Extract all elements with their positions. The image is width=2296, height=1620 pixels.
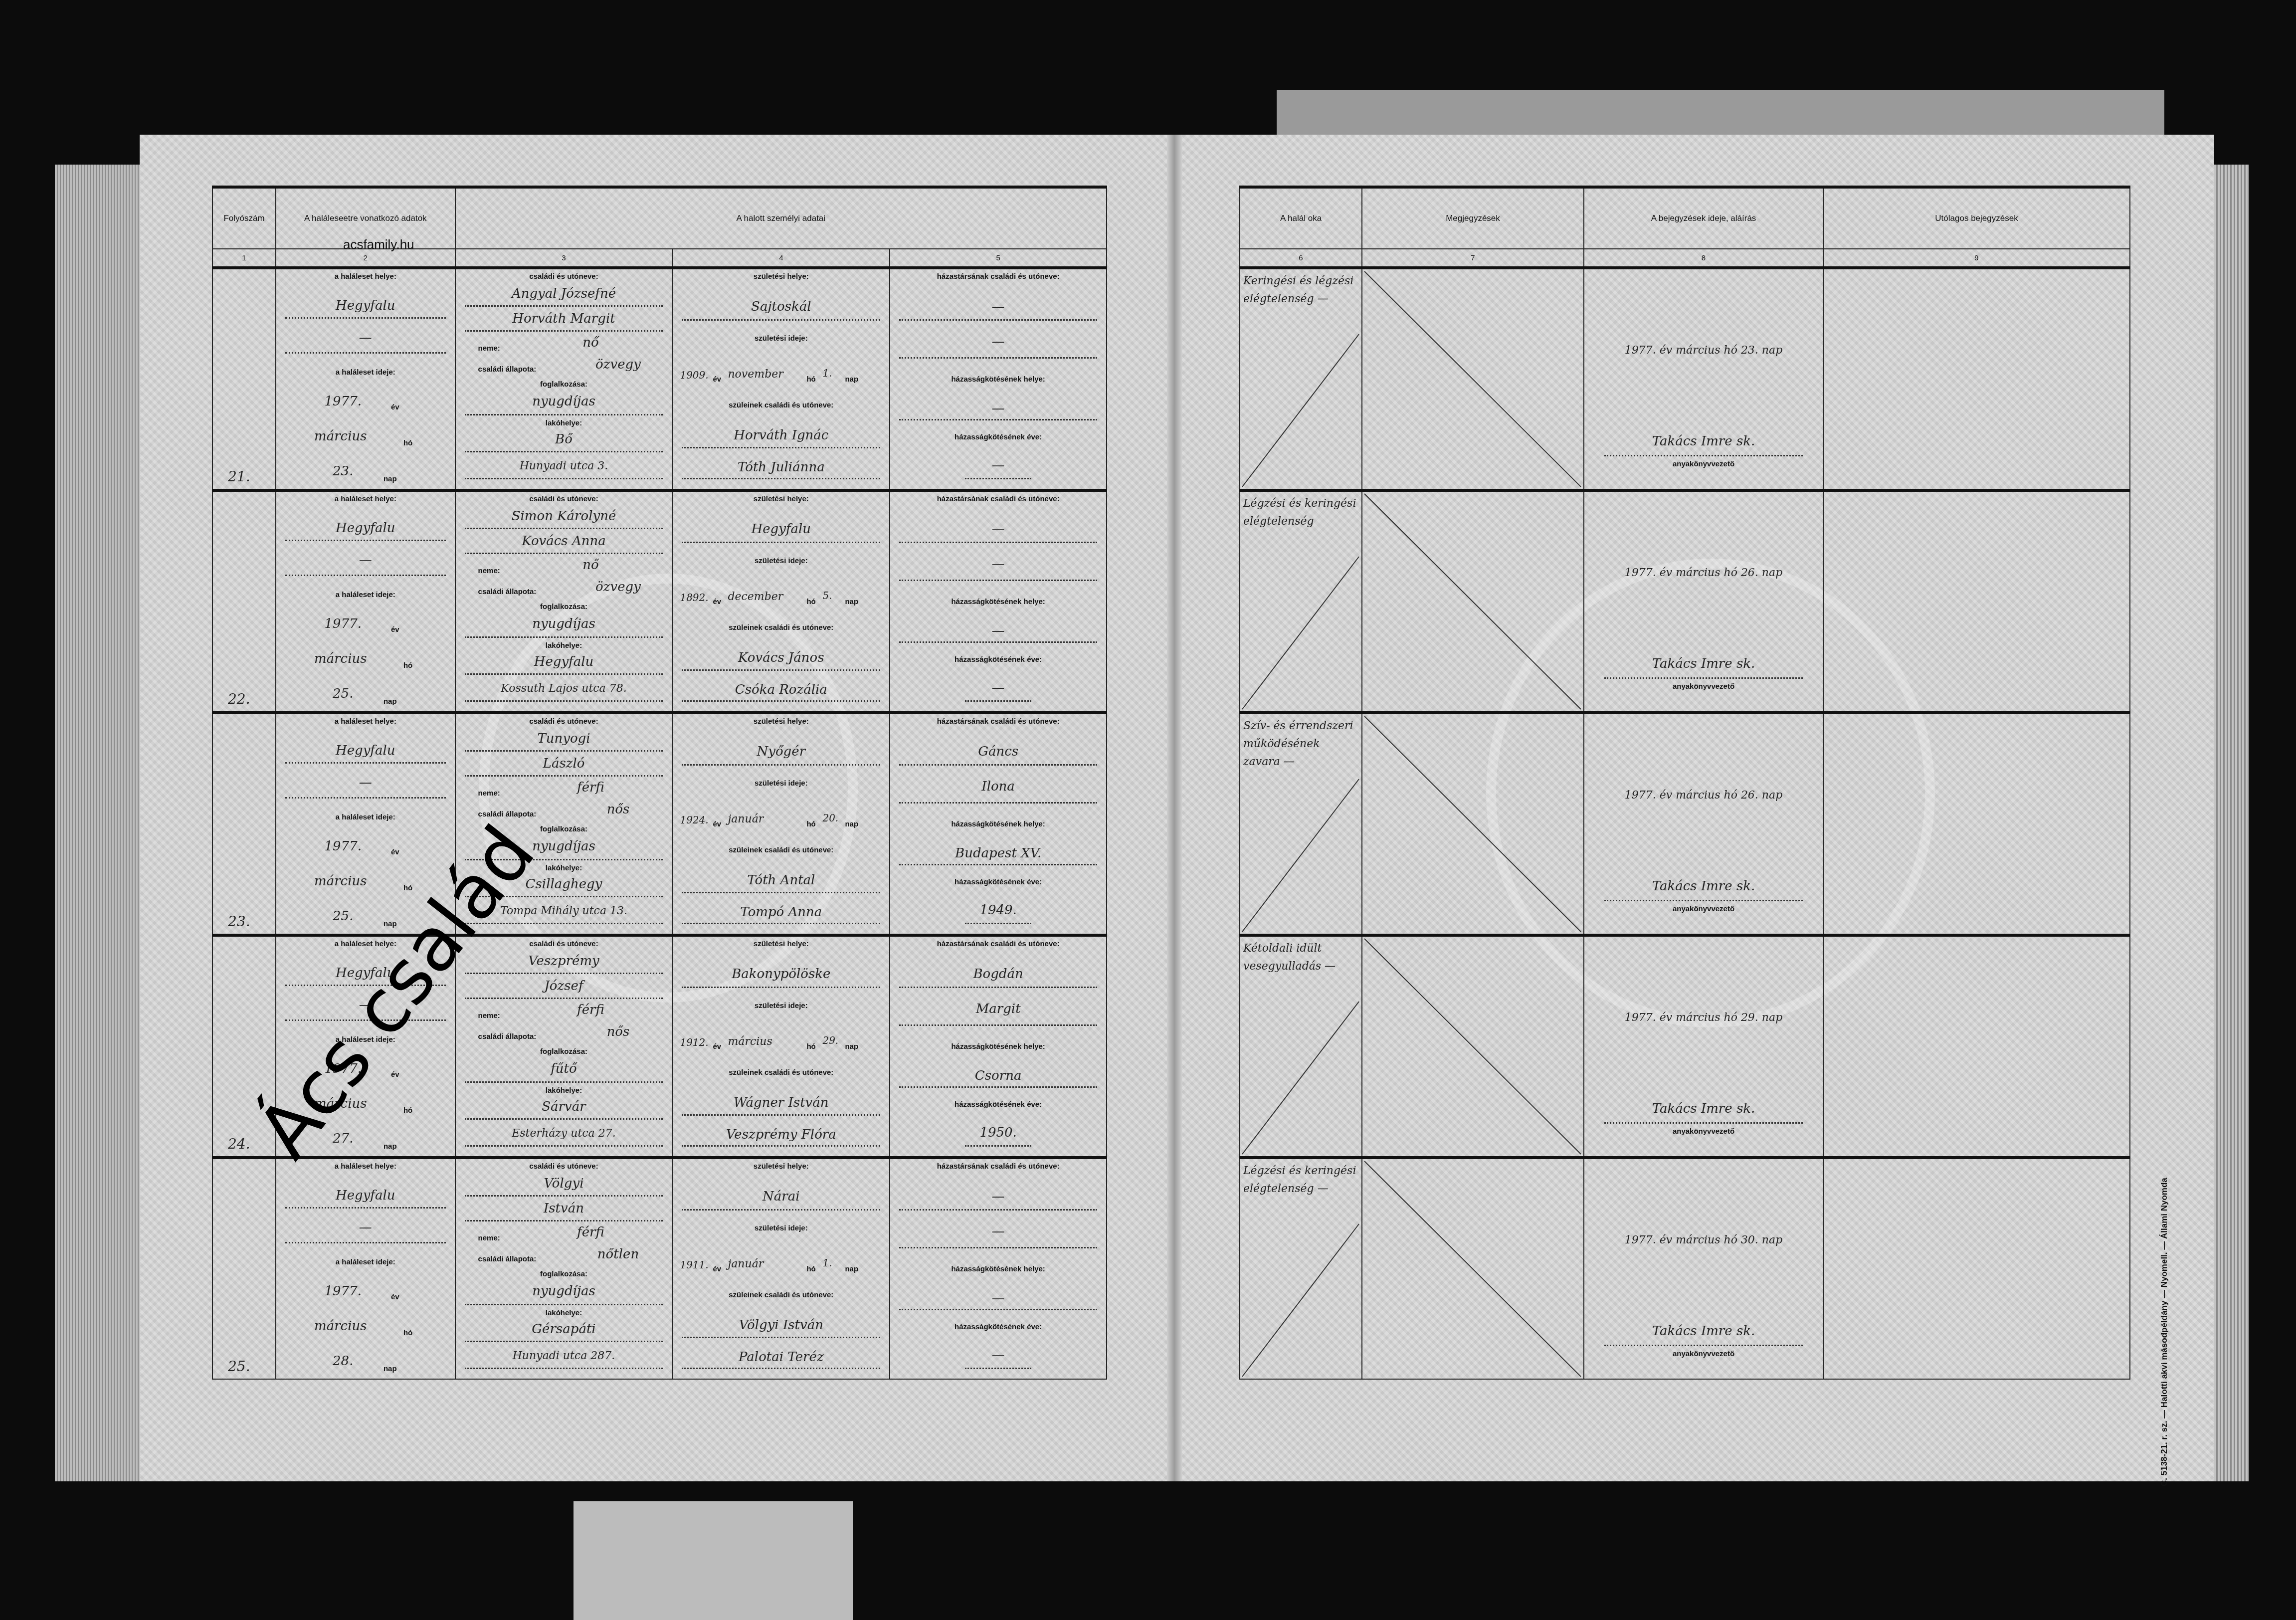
site-watermark: acsfamily.hu [343,237,414,252]
entry-date: 1977. év március hó 23. nap [1599,344,1808,357]
label-marital: családi állapota: [478,1032,537,1041]
cause-of-death: Keringési és légzési elégtelenség — [1243,272,1358,308]
label-nap: nap [383,475,397,483]
marriage-year: — [896,1348,1100,1363]
colnum-4: 4 [672,249,890,268]
label-marriage-place: házasságkötésének helye: [890,375,1106,384]
entry-number: 21. [228,468,250,485]
register-entry-row: 23. a haláleset helye: Hegyfalu — a halá… [212,713,1107,935]
colnum-7: 7 [1362,249,1584,268]
register-entry-row: 21. a haláleset helye: Hegyfalu — a halá… [212,268,1107,490]
header-bejegyzesek-ideje: A bejegyzések ideje, aláírás [1584,187,1823,249]
death-year: 1977. [306,394,380,409]
registrar-signature: Takács Imre sk. [1599,1324,1808,1339]
label-ho: hó [403,884,412,892]
colnum-6: 6 [1240,249,1362,268]
birth-place: Nyőgér [679,744,883,759]
deceased-residence: Bő [462,432,666,447]
label-marriage-place: házasságkötésének helye: [890,598,1106,606]
deceased-occupation: nyugdíjas [462,394,666,409]
mother-name: Csóka Rozália [679,682,883,697]
registrar-signature: Takács Imre sk. [1599,434,1808,449]
label-occupation: foglalkozása: [456,380,672,389]
deceased-marital-status: özvegy [571,580,666,595]
marriage-place: — [896,401,1100,416]
label-time-of-death: a haláleset ideje: [276,591,455,599]
label-ev: év [391,625,399,634]
entry-date: 1977. év március hó 30. nap [1599,1234,1808,1246]
birth-year: 1924. [680,814,708,826]
label-marital: családi állapota: [478,1255,537,1263]
later-entries-empty [1824,937,2129,1156]
label-occupation: foglalkozása: [456,1047,672,1056]
label-marriage-year: házasságkötésének éve: [890,1100,1106,1109]
death-day: 25. [306,686,380,701]
register-entry-row-right: Keringési és légzési elégtelenség — 1977… [1240,268,2130,490]
deceased-marital-status: nőtlen [571,1247,666,1262]
label-birth-date: születési ideje: [673,1224,889,1232]
deceased-occupation: nyugdíjas [462,1284,666,1299]
label-birth-place: születési helye: [673,1162,889,1171]
label-birth-date: születési ideje: [673,1002,889,1010]
birth-day: 20. [822,812,838,824]
register-entry-row-right: Kétoldali idült vesegyulladás — 1977. év… [1240,935,2130,1158]
father-name: Kovács János [679,650,883,665]
register-entry-row: 25. a haláleset helye: Hegyfalu — a halá… [212,1158,1107,1379]
deceased-surname: Simon Károlyné [462,509,666,524]
label-time-of-death: a haláleset ideje: [276,813,455,821]
label-spouse: házastársának családi és utóneve: [890,717,1106,726]
label-birth-place: születési helye: [673,495,889,503]
marriage-place: Budapest XV. [896,846,1100,861]
label-nap: nap [845,1265,858,1273]
register-entry-row-right: Szív- és érrendszeri működésének zavara … [1240,713,2130,935]
label-marital: családi állapota: [478,365,537,374]
deceased-address: Hunyadi utca 3. [462,460,666,472]
deceased-address: Esterházy utca 27. [462,1127,666,1140]
label-occupation: foglalkozása: [456,1270,672,1278]
cause-of-death: Kétoldali idült vesegyulladás — [1243,940,1358,976]
cause-of-death: Légzési és keringési elégtelenség — [1243,1162,1358,1198]
spouse-given-name: — [896,557,1100,572]
birth-month: március [728,1035,772,1048]
registrar-role-label: anyakönyvvezető [1584,905,1823,913]
label-residence: lakóhelye: [456,641,672,650]
spouse-given-name: Margit [896,1002,1100,1016]
mother-name: Tóth Juliánna [679,460,883,475]
header-szemelyi-adatai: A halott személyi adatai [455,187,1107,249]
deceased-given-name: Horváth Margit [462,311,666,326]
death-month: március [286,874,395,889]
later-entries-empty [1824,492,2129,711]
deceased-surname: Tunyogi [462,731,666,746]
deceased-given-name: Kovács Anna [462,534,666,549]
spouse-surname: Bogdán [896,967,1100,982]
colnum-8: 8 [1584,249,1823,268]
label-ev: év [391,1293,399,1301]
death-year: 1977. [306,616,380,631]
label-ev: év [713,820,721,828]
death-year: 1977. [306,839,380,854]
label-name: családi és utóneve: [456,272,672,281]
birth-day: 5. [822,590,832,602]
label-birth-place: születési helye: [673,940,889,948]
spouse-surname: — [896,1189,1100,1204]
label-ho: hó [403,661,412,670]
father-name: Tóth Antal [679,873,883,888]
death-day: 23. [306,464,380,479]
spouse-given-name: — [896,1224,1100,1239]
deceased-given-name: László [462,756,666,771]
cause-of-death: Légzési és keringési elégtelenség [1243,495,1358,531]
marriage-place: Csorna [896,1068,1100,1083]
death-place-detail: — [282,775,449,790]
registrar-role-label: anyakönyvvezető [1584,1350,1823,1358]
marriage-year: 1949. [896,903,1100,918]
death-day: 25. [306,909,380,924]
label-marriage-year: házasságkötésének éve: [890,655,1106,664]
death-place-detail: — [282,1220,449,1235]
marriage-place: — [896,623,1100,638]
label-ev: év [391,403,399,411]
spouse-surname: — [896,299,1100,314]
page-stack-right [2209,165,2249,1481]
death-place-detail: — [282,553,449,568]
colnum-5: 5 [890,249,1107,268]
register-entry-row-right: Légzési és keringési elégtelenség — 1977… [1240,1158,2130,1379]
registrar-signature: Takács Imre sk. [1599,656,1808,671]
header-halal-oka: A halál oka [1240,187,1362,249]
header-folyoszam: Folyószám [212,187,276,249]
bookmark-tab [574,1501,853,1620]
birth-year: 1911. [680,1259,708,1271]
deceased-surname: Veszprémy [462,954,666,969]
deceased-sex: férfi [516,780,666,795]
cancel-diagonal-lines [1362,1159,1583,1379]
label-parents: szüleinek családi és utóneve: [673,1291,889,1299]
label-sex: neme: [478,789,500,798]
cancel-diagonal-lines [1362,269,1583,489]
label-ev: év [713,1265,721,1273]
deceased-surname: Völgyi [462,1176,666,1191]
label-ho: hó [806,375,815,384]
label-nap: nap [845,1042,858,1051]
register-entry-row: 22. a haláleset helye: Hegyfalu — a halá… [212,490,1107,713]
later-entries-empty [1824,714,2129,934]
death-month: március [286,429,395,444]
label-nap: nap [845,375,858,384]
left-register-table: Folyószám A haláleseetre vonatkozó adato… [212,186,1107,1380]
label-birth-date: születési ideje: [673,779,889,788]
spouse-given-name: Ilona [896,779,1100,794]
label-place-of-death: a haláleset helye: [276,717,455,726]
death-place: Hegyfalu [282,298,449,313]
marriage-year: 1950. [896,1125,1100,1140]
label-parents: szüleinek családi és utóneve: [673,623,889,632]
later-entries-empty [1824,1159,2129,1379]
registrar-role-label: anyakönyvvezető [1584,682,1823,691]
death-day: 28. [306,1354,380,1369]
label-time-of-death: a haláleset ideje: [276,368,455,377]
page-stack-left [55,165,150,1481]
birth-year: 1912. [680,1036,708,1048]
label-nap: nap [383,1365,397,1373]
mother-name: Tompó Anna [679,905,883,920]
deceased-address: Kossuth Lajos utca 78. [462,682,666,695]
label-nap: nap [383,1142,397,1151]
birth-month: december [728,591,783,603]
entry-number: 22. [228,691,250,707]
label-sex: neme: [478,344,500,353]
label-birth-place: születési helye: [673,717,889,726]
form-imprint: C. 5138-21. r. sz. — Halotti akvi másodp… [2159,1178,2169,1486]
label-ev: év [713,1042,721,1051]
death-month: március [286,651,395,666]
registrar-signature: Takács Imre sk. [1599,879,1808,894]
deceased-address: Hunyadi utca 287. [462,1350,666,1362]
label-place-of-death: a haláleset helye: [276,272,455,281]
label-ho: hó [403,439,412,447]
deceased-sex: nő [516,335,666,350]
header-utolagos: Utólagos bejegyzések [1823,187,2130,249]
label-residence: lakóhelye: [456,419,672,427]
deceased-given-name: István [462,1201,666,1216]
birth-day: 29. [822,1034,838,1046]
deceased-sex: nő [516,558,666,573]
birth-place: Bakonypölöske [679,967,883,982]
label-occupation: foglalkozása: [456,603,672,611]
label-ev: év [713,598,721,606]
label-ev: év [713,375,721,384]
birth-place: Sajtoskál [679,299,883,314]
death-place: Hegyfalu [282,1188,449,1203]
label-name: családi és utóneve: [456,717,672,726]
deceased-occupation: fűtő [462,1061,666,1076]
register-entry-row-right: Légzési és keringési elégtelenség 1977. … [1240,490,2130,713]
deceased-marital-status: nős [571,1024,666,1039]
label-parents: szüleinek családi és utóneve: [673,846,889,854]
label-marriage-year: házasságkötésének éve: [890,878,1106,886]
label-ho: hó [806,1042,815,1051]
death-place: Hegyfalu [282,521,449,536]
label-spouse: házastársának családi és utóneve: [890,940,1106,948]
death-year: 1977. [306,1284,380,1299]
birth-month: január [728,1258,764,1270]
label-ho: hó [806,1265,815,1273]
mother-name: Palotai Teréz [679,1350,883,1365]
birth-place: Hegyfalu [679,522,883,537]
birth-month: november [728,368,783,381]
label-birth-date: születési ideje: [673,334,889,343]
label-sex: neme: [478,1012,500,1020]
deceased-residence: Hegyfalu [462,654,666,669]
colnum-1: 1 [212,249,276,268]
deceased-occupation: nyugdíjas [462,616,666,631]
cancel-diagonal-lines [1362,937,1583,1156]
label-nap: nap [383,697,397,706]
deceased-marital-status: özvegy [571,357,666,372]
cancel-diagonal-lines [1362,492,1583,711]
label-ho: hó [403,1106,412,1115]
label-birth-date: születési ideje: [673,557,889,565]
birth-place: Nárai [679,1189,883,1204]
father-name: Wágner István [679,1095,883,1110]
spouse-given-name: — [896,334,1100,349]
marriage-year: — [896,680,1100,695]
label-parents: szüleinek családi és utóneve: [673,1068,889,1077]
registrar-role-label: anyakönyvvezető [1584,460,1823,468]
father-name: Völgyi István [679,1318,883,1333]
deceased-sex: férfi [516,1225,666,1240]
entry-number: 25. [228,1358,250,1375]
label-marriage-place: házasságkötésének helye: [890,1265,1106,1273]
right-register-table: A halál oka Megjegyzések A bejegyzések i… [1239,186,2130,1380]
registrar-role-label: anyakönyvvezető [1584,1127,1823,1136]
deceased-surname: Angyal Józsefné [462,286,666,301]
label-spouse: házastársának családi és utóneve: [890,495,1106,503]
entry-number: 24. [228,1136,250,1152]
cause-of-death: Szív- és érrendszeri működésének zavara … [1243,717,1358,771]
spouse-surname: — [896,522,1100,537]
label-ho: hó [806,598,815,606]
header-megjegyzesek: Megjegyzések [1362,187,1584,249]
label-ho: hó [806,820,815,828]
label-time-of-death: a haláleset ideje: [276,1258,455,1266]
label-marriage-place: házasságkötésének helye: [890,820,1106,828]
colnum-9: 9 [1823,249,2130,268]
mother-name: Veszprémy Flóra [679,1127,883,1142]
death-month: március [286,1319,395,1334]
entry-date: 1977. év március hó 26. nap [1599,789,1808,802]
label-marriage-year: házasságkötésének éve: [890,1323,1106,1331]
death-place: Hegyfalu [282,743,449,758]
colnum-3: 3 [455,249,673,268]
marriage-place: — [896,1291,1100,1306]
birth-year: 1909. [680,369,708,381]
label-nap: nap [845,820,858,828]
deceased-marital-status: nős [571,802,666,817]
label-marriage-year: házasságkötésének éve: [890,433,1106,441]
label-residence: lakóhelye: [456,1086,672,1095]
birth-year: 1892. [680,592,708,604]
label-sex: neme: [478,1234,500,1242]
cancel-diagonal-lines [1362,714,1583,934]
book-gutter [1167,135,1182,1481]
birth-month: január [728,813,764,825]
label-nap: nap [845,598,858,606]
label-ev: év [391,848,399,856]
death-place-detail: — [282,330,449,345]
father-name: Horváth Ignác [679,428,883,443]
label-marital: családi állapota: [478,588,537,596]
entry-date: 1977. év március hó 29. nap [1599,1012,1808,1024]
label-ev: év [391,1070,399,1079]
deceased-given-name: József [462,979,666,994]
label-parents: szüleinek családi és utóneve: [673,401,889,409]
label-place-of-death: a haláleset helye: [276,495,455,503]
marriage-year: — [896,458,1100,473]
deceased-sex: férfi [516,1003,666,1017]
label-spouse: házastársának családi és utóneve: [890,272,1106,281]
label-name: családi és utóneve: [456,495,672,503]
later-entries-empty [1824,269,2129,489]
label-name: családi és utóneve: [456,1162,672,1171]
label-spouse: házastársának családi és utóneve: [890,1162,1106,1171]
label-marriage-place: házasságkötésének helye: [890,1042,1106,1051]
label-sex: neme: [478,567,500,575]
label-residence: lakóhelye: [456,1309,672,1317]
spouse-surname: Gáncs [896,744,1100,759]
deceased-residence: Sárvár [462,1099,666,1114]
birth-day: 1. [822,367,832,379]
entry-date: 1977. év március hó 26. nap [1599,567,1808,579]
birth-day: 1. [822,1257,832,1269]
label-birth-place: születési helye: [673,272,889,281]
registrar-signature: Takács Imre sk. [1599,1101,1808,1116]
label-ho: hó [403,1329,412,1337]
deceased-residence: Gérsapáti [462,1322,666,1337]
entry-number: 23. [228,913,250,930]
